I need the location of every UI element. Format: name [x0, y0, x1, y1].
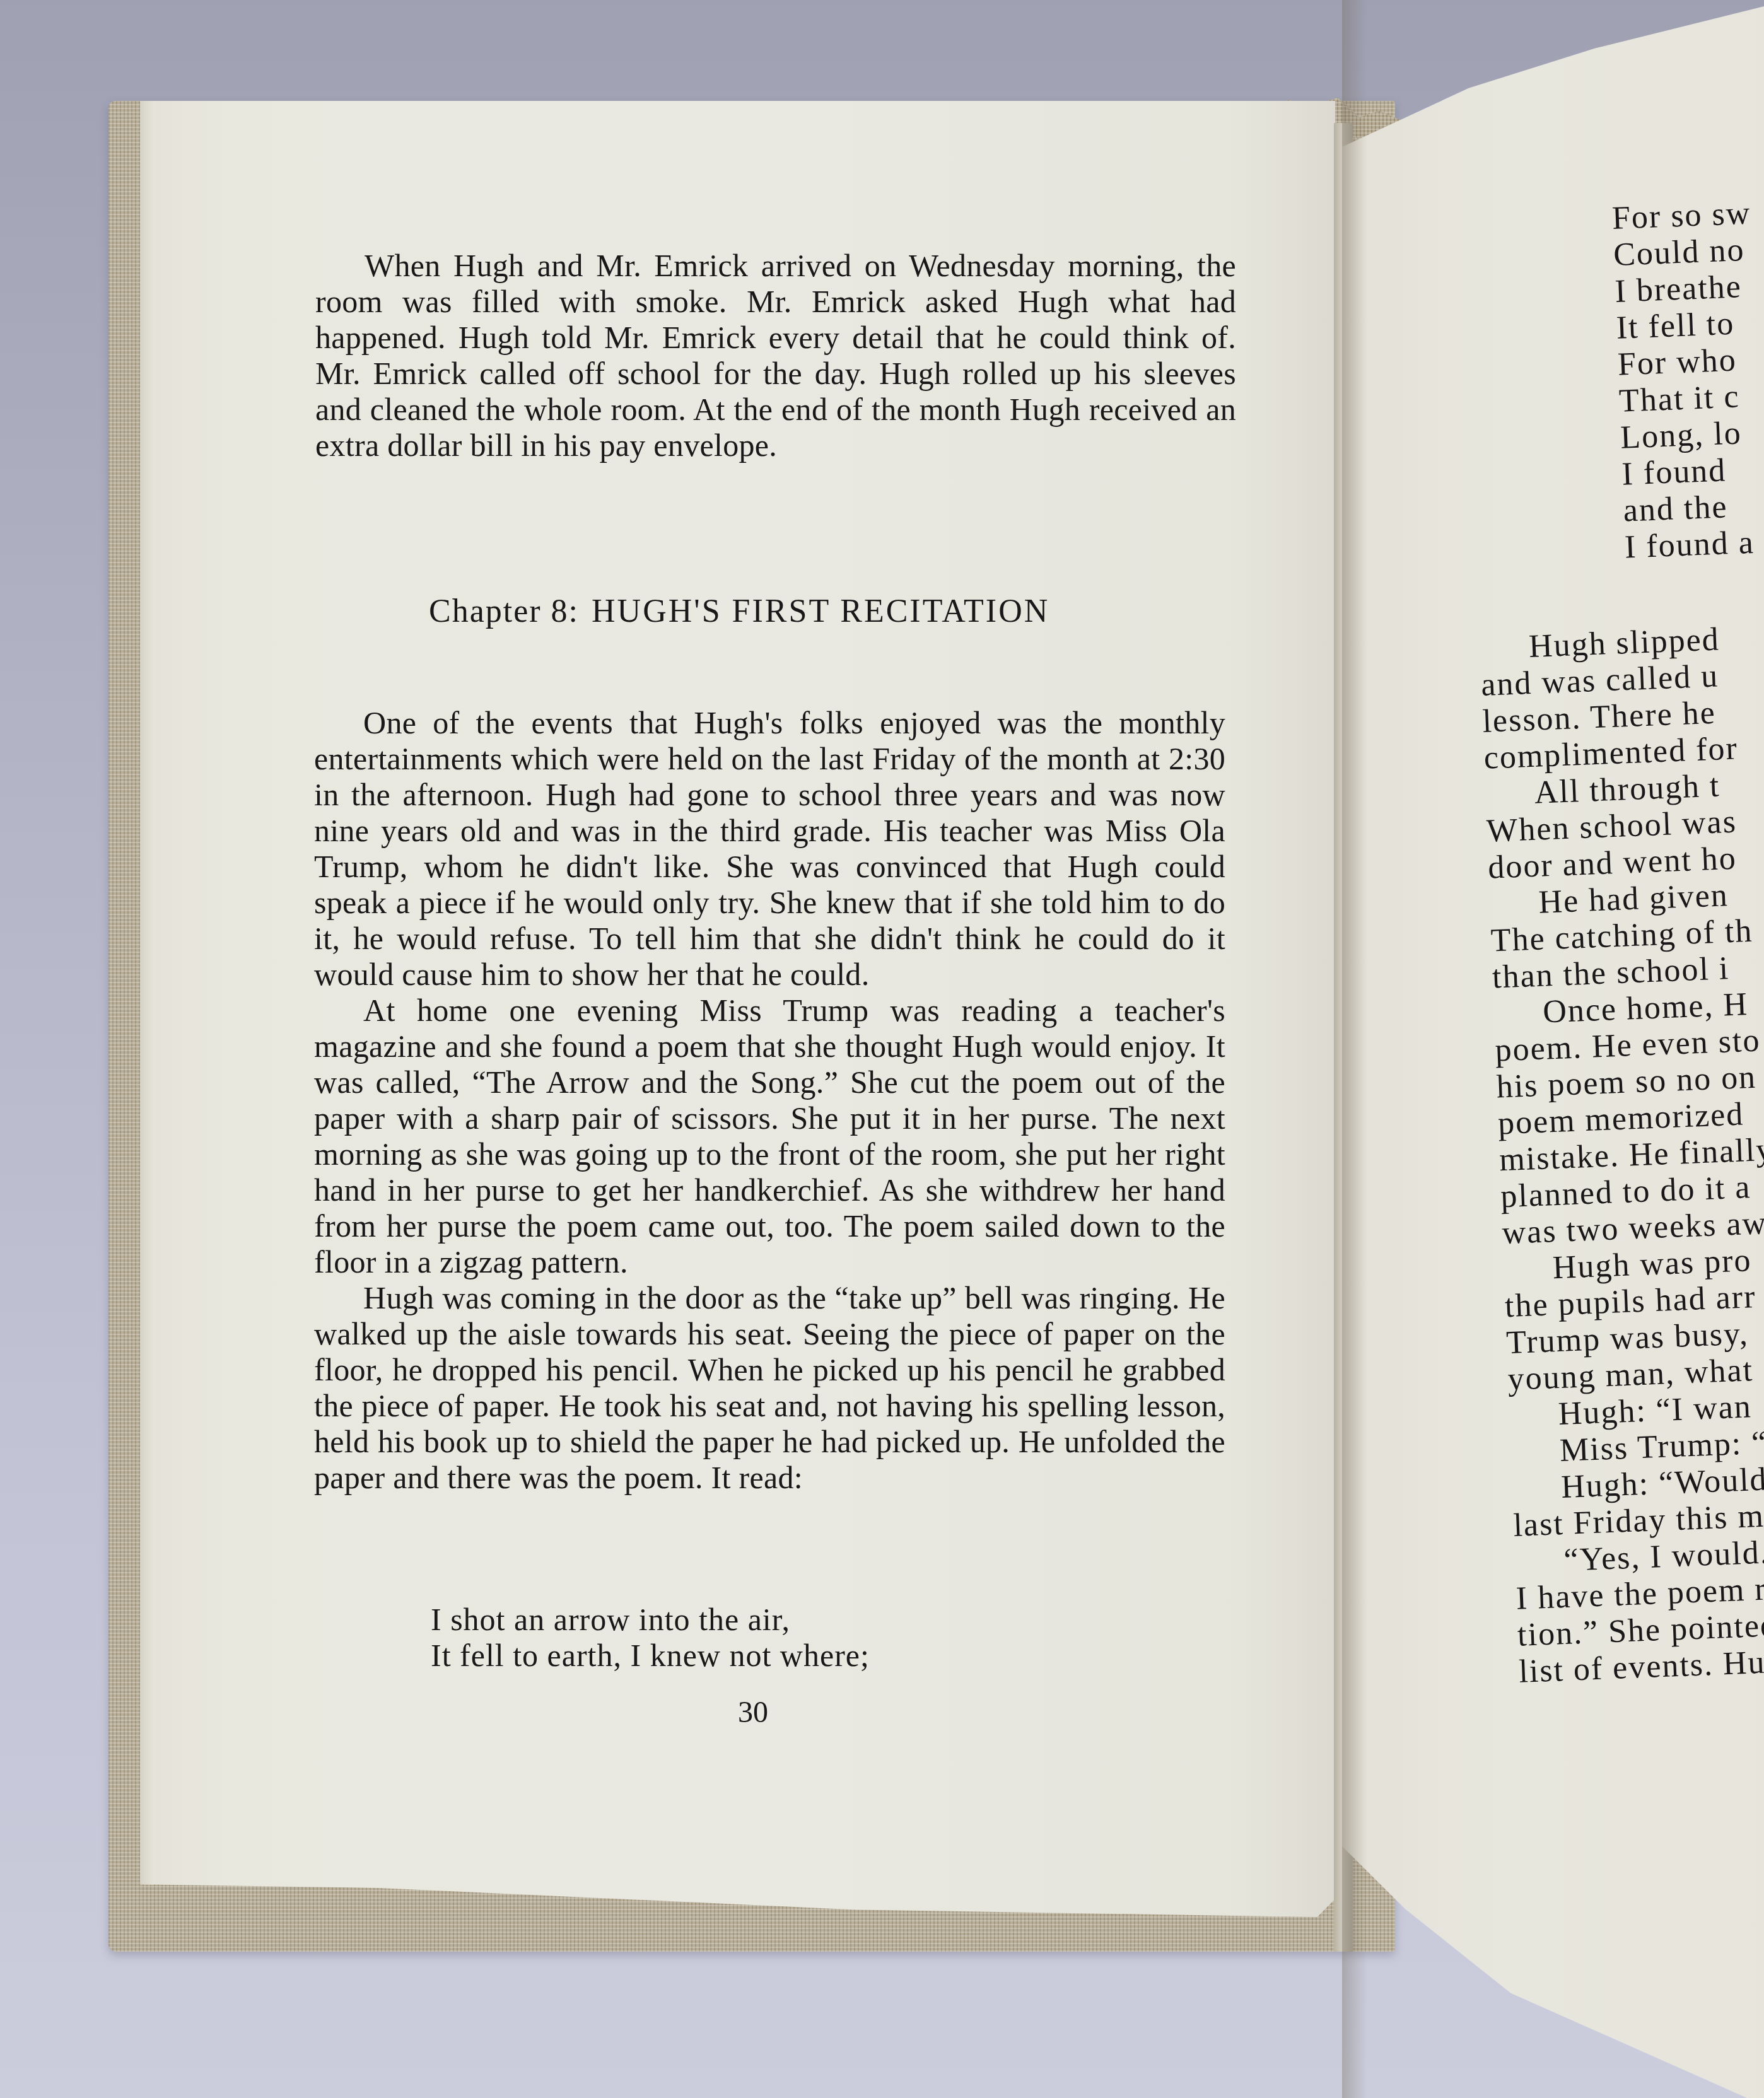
- poem-line: I found: [1621, 451, 1761, 492]
- poem-line: Long, lo: [1620, 414, 1760, 456]
- poem-line: I breathe: [1614, 268, 1754, 310]
- poem-line: and the: [1623, 487, 1763, 529]
- poem-line: I shot an arrow into the air,: [431, 1602, 870, 1638]
- poem-line: I found a: [1624, 524, 1764, 566]
- poem-line: For so sw: [1611, 195, 1751, 237]
- paragraph: One of the events that Hugh's folks enjo…: [314, 705, 1225, 993]
- poem-line: That it c: [1618, 378, 1758, 419]
- opening-paragraph: When Hugh and Mr. Emrick arrived on Wedn…: [315, 248, 1236, 463]
- poem-line: It fell to: [1616, 305, 1756, 346]
- poem-line: Could no: [1613, 232, 1753, 274]
- poem-line: For who: [1617, 341, 1757, 383]
- chapter-body: One of the events that Hugh's folks enjo…: [314, 705, 1225, 1496]
- chapter-title: HUGH'S FIRST RECITATION: [592, 593, 1049, 629]
- page-number: 30: [738, 1695, 768, 1730]
- right-poem: For so sw Could no I breathe It fell to …: [1611, 195, 1764, 566]
- paragraph: Hugh was coming in the door as the “take…: [314, 1280, 1225, 1496]
- chapter-label: Chapter 8:: [429, 593, 579, 629]
- paragraph: When Hugh and Mr. Emrick arrived on Wedn…: [315, 248, 1236, 463]
- right-prose: Hugh slipped and was called u lesson. Th…: [1479, 620, 1764, 1690]
- chapter-heading: Chapter 8:HUGH'S FIRST RECITATION: [429, 593, 1049, 630]
- poem-line: It fell to earth, I knew not where;: [431, 1638, 870, 1674]
- paragraph: At home one evening Miss Trump was readi…: [314, 993, 1225, 1280]
- poem-excerpt: I shot an arrow into the air, It fell to…: [431, 1602, 870, 1674]
